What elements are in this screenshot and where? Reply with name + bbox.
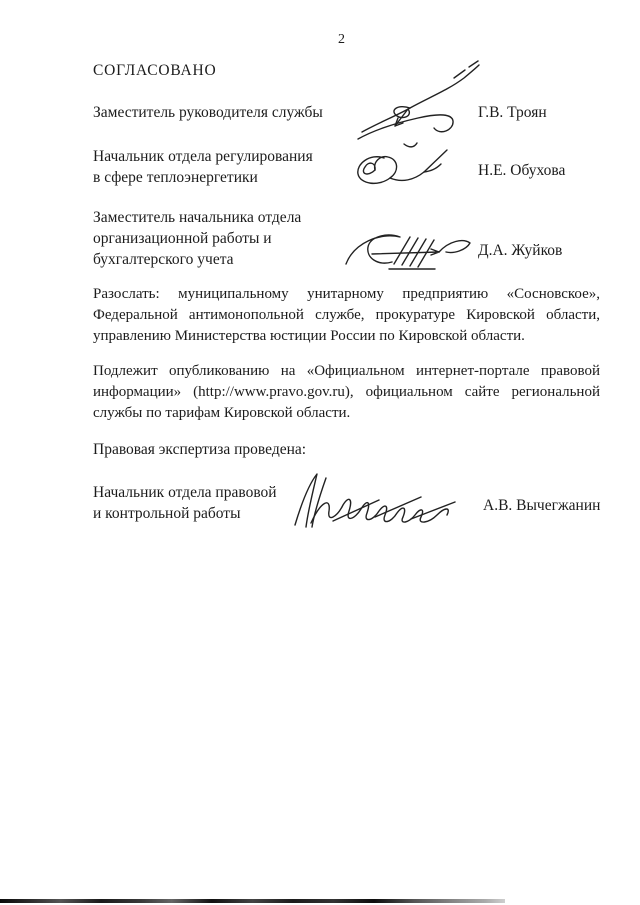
- publication-paragraph: Подлежит опубликованию на «Официальном и…: [93, 361, 600, 424]
- signatory-role: в сфере теплоэнергетики: [93, 167, 258, 188]
- vychegzhanin-signature-icon: [281, 471, 466, 529]
- publication-line: Подлежит опубликованию на «Официальном и…: [93, 361, 600, 382]
- legal-review-name: А.В. Вычегжанин: [483, 495, 600, 516]
- signatory-name: Г.В. Троян: [478, 102, 547, 123]
- publication-line: службы по тарифам Кировской области.: [93, 403, 600, 424]
- signatory-role: Заместитель руководителя службы: [93, 102, 323, 123]
- signatory-name: Н.Е. Обухова: [478, 160, 565, 181]
- signatory-role: организационной работы и: [93, 228, 272, 249]
- dispatch-line: Разослать: муниципальному унитарному пре…: [93, 284, 600, 305]
- legal-review-role: и контрольной работы: [93, 503, 241, 524]
- scanned-document-page: 2 СОГЛАСОВАНО Заместитель руководителя с…: [0, 0, 640, 905]
- dispatch-line: Федеральной антимонопольной службе, прок…: [93, 305, 600, 326]
- scan-artifact-line: [0, 899, 505, 903]
- dispatch-paragraph: Разослать: муниципальному унитарному пре…: [93, 284, 600, 347]
- signatory-role: Заместитель начальника отдела: [93, 207, 301, 228]
- zhuykov-signature-icon: [342, 227, 477, 273]
- signatory-role: бухгалтерского учета: [93, 249, 234, 270]
- approved-heading: СОГЛАСОВАНО: [93, 60, 217, 81]
- signatory-role: Начальник отдела регулирования: [93, 146, 313, 167]
- troyan-signature-icon: [352, 56, 482, 148]
- publication-line: информации» (http://www.pravo.gov.ru), о…: [93, 382, 600, 403]
- signatory-name: Д.А. Жуйков: [478, 240, 562, 261]
- legal-review-heading: Правовая экспертиза проведена:: [93, 439, 306, 460]
- dispatch-line: управлению Министерства юстиции России п…: [93, 326, 600, 347]
- legal-review-role: Начальник отдела правовой: [93, 482, 277, 503]
- obukhova-signature-icon: [348, 142, 463, 197]
- page-number: 2: [338, 29, 345, 50]
